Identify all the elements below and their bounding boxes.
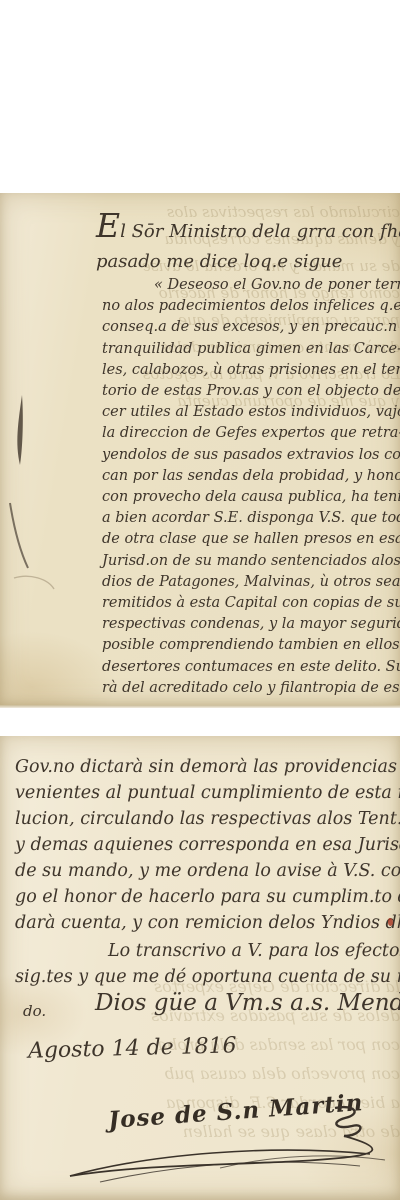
text-line: con provecho dela causa pub <box>0 1059 400 1088</box>
page-1: circulando las respectivas alosy demas a… <box>0 193 400 708</box>
signature-rubric-flourish <box>40 1102 390 1192</box>
text-line: « Deseoso el Gov.no de poner termi- <box>102 275 400 296</box>
ink-smudge <box>0 383 60 603</box>
text-line: de su mando, y me ordena lo avise à V.S.… <box>15 858 400 884</box>
text-line: de otra clase que se hallen presos en es… <box>102 529 400 550</box>
text-line: Jurisd.on de su mando sentenciados alos … <box>102 551 400 572</box>
letter-body-page2: Gov.no dictarà sin demorà las providenci… <box>15 754 400 936</box>
text-line: El Sōr Ministro dela grra con fha 31 del <box>96 211 400 247</box>
valediction: Dios güe a Vm.s a.s. Mendoza <box>95 990 400 1016</box>
text-line: conseq.a de sus excesos, y en precauc.n … <box>102 317 400 338</box>
text-line: darà cuenta, y con remicion delos Yndios… <box>15 910 400 936</box>
text-line: lucion, circulando las respectivas alos … <box>15 806 400 832</box>
text-line: les, calabozos, ù otras prisiones en el … <box>102 360 400 381</box>
text-line: Lo transcrivo a V. para los efectos con- <box>15 938 400 964</box>
text-line: respectivas condenas, y la mayor segurid… <box>102 614 400 635</box>
text-line: la direccion de Gefes expertos que retra… <box>102 423 400 444</box>
text-line: yendolos de sus pasados extravios los co… <box>102 445 400 466</box>
text-line: cer utiles al Estado estos individuos, v… <box>102 402 400 423</box>
text-line: dios de Patagones, Malvinas, ù otros sea… <box>102 572 400 593</box>
valediction-row: do. Dios güe a Vm.s a.s. Mendoza <box>15 988 400 1032</box>
transcription-note: Lo transcrivo a V. para los efectos con-… <box>15 938 400 990</box>
page1-bottom-edge <box>0 705 400 708</box>
text-line: desertores contumaces en este delito. Su… <box>102 657 400 678</box>
letter-heading: El Sōr Ministro dela grra con fha 31 del… <box>96 211 400 277</box>
red-ink-speck <box>388 918 393 926</box>
text-line: torio de estas Prov.as y con el objecto … <box>102 381 400 402</box>
page-2: la direccion de Gefes expertosdelos de s… <box>0 736 400 1200</box>
text-line: Gov.no dictarà sin demorà las providenci… <box>15 754 400 780</box>
text-line: con provecho dela causa publica, ha teni… <box>102 487 400 508</box>
line-continuation: do. <box>23 1002 46 1020</box>
manuscript-scan: circulando las respectivas alosy demas a… <box>0 0 400 1200</box>
text-line: venientes al puntual cumplimiento de est… <box>15 780 400 806</box>
text-line: can por las sendas dela probidad, y hono… <box>102 466 400 487</box>
text-line: y demas aquienes corresponda en esa Juri… <box>15 832 400 858</box>
text-line: tranquilidad publica gimen en las Carce- <box>102 339 400 360</box>
text-line: rà del acreditado celo y filantropia de … <box>102 678 400 699</box>
date-line: Agosto 14 de 1816 <box>28 1033 237 1063</box>
text-line: pasado me dice loq.e sigue <box>96 247 400 277</box>
text-line: a bien acordar S.E. disponga V.S. que to… <box>102 508 400 529</box>
text-line: remitidos à esta Capital con copias de s… <box>102 593 400 614</box>
text-line: sig.tes y que me dé oportuna cuenta de s… <box>15 964 400 990</box>
text-line: go el honor de hacerlo para su cumplim.t… <box>15 884 400 910</box>
letter-body-page1: « Deseoso el Gov.no de poner termi-no al… <box>102 275 400 699</box>
text-line: posible comprendiendo tambien en ellos a… <box>102 635 400 656</box>
text-line: no alos padecimientos delos infelices q.… <box>102 296 400 317</box>
